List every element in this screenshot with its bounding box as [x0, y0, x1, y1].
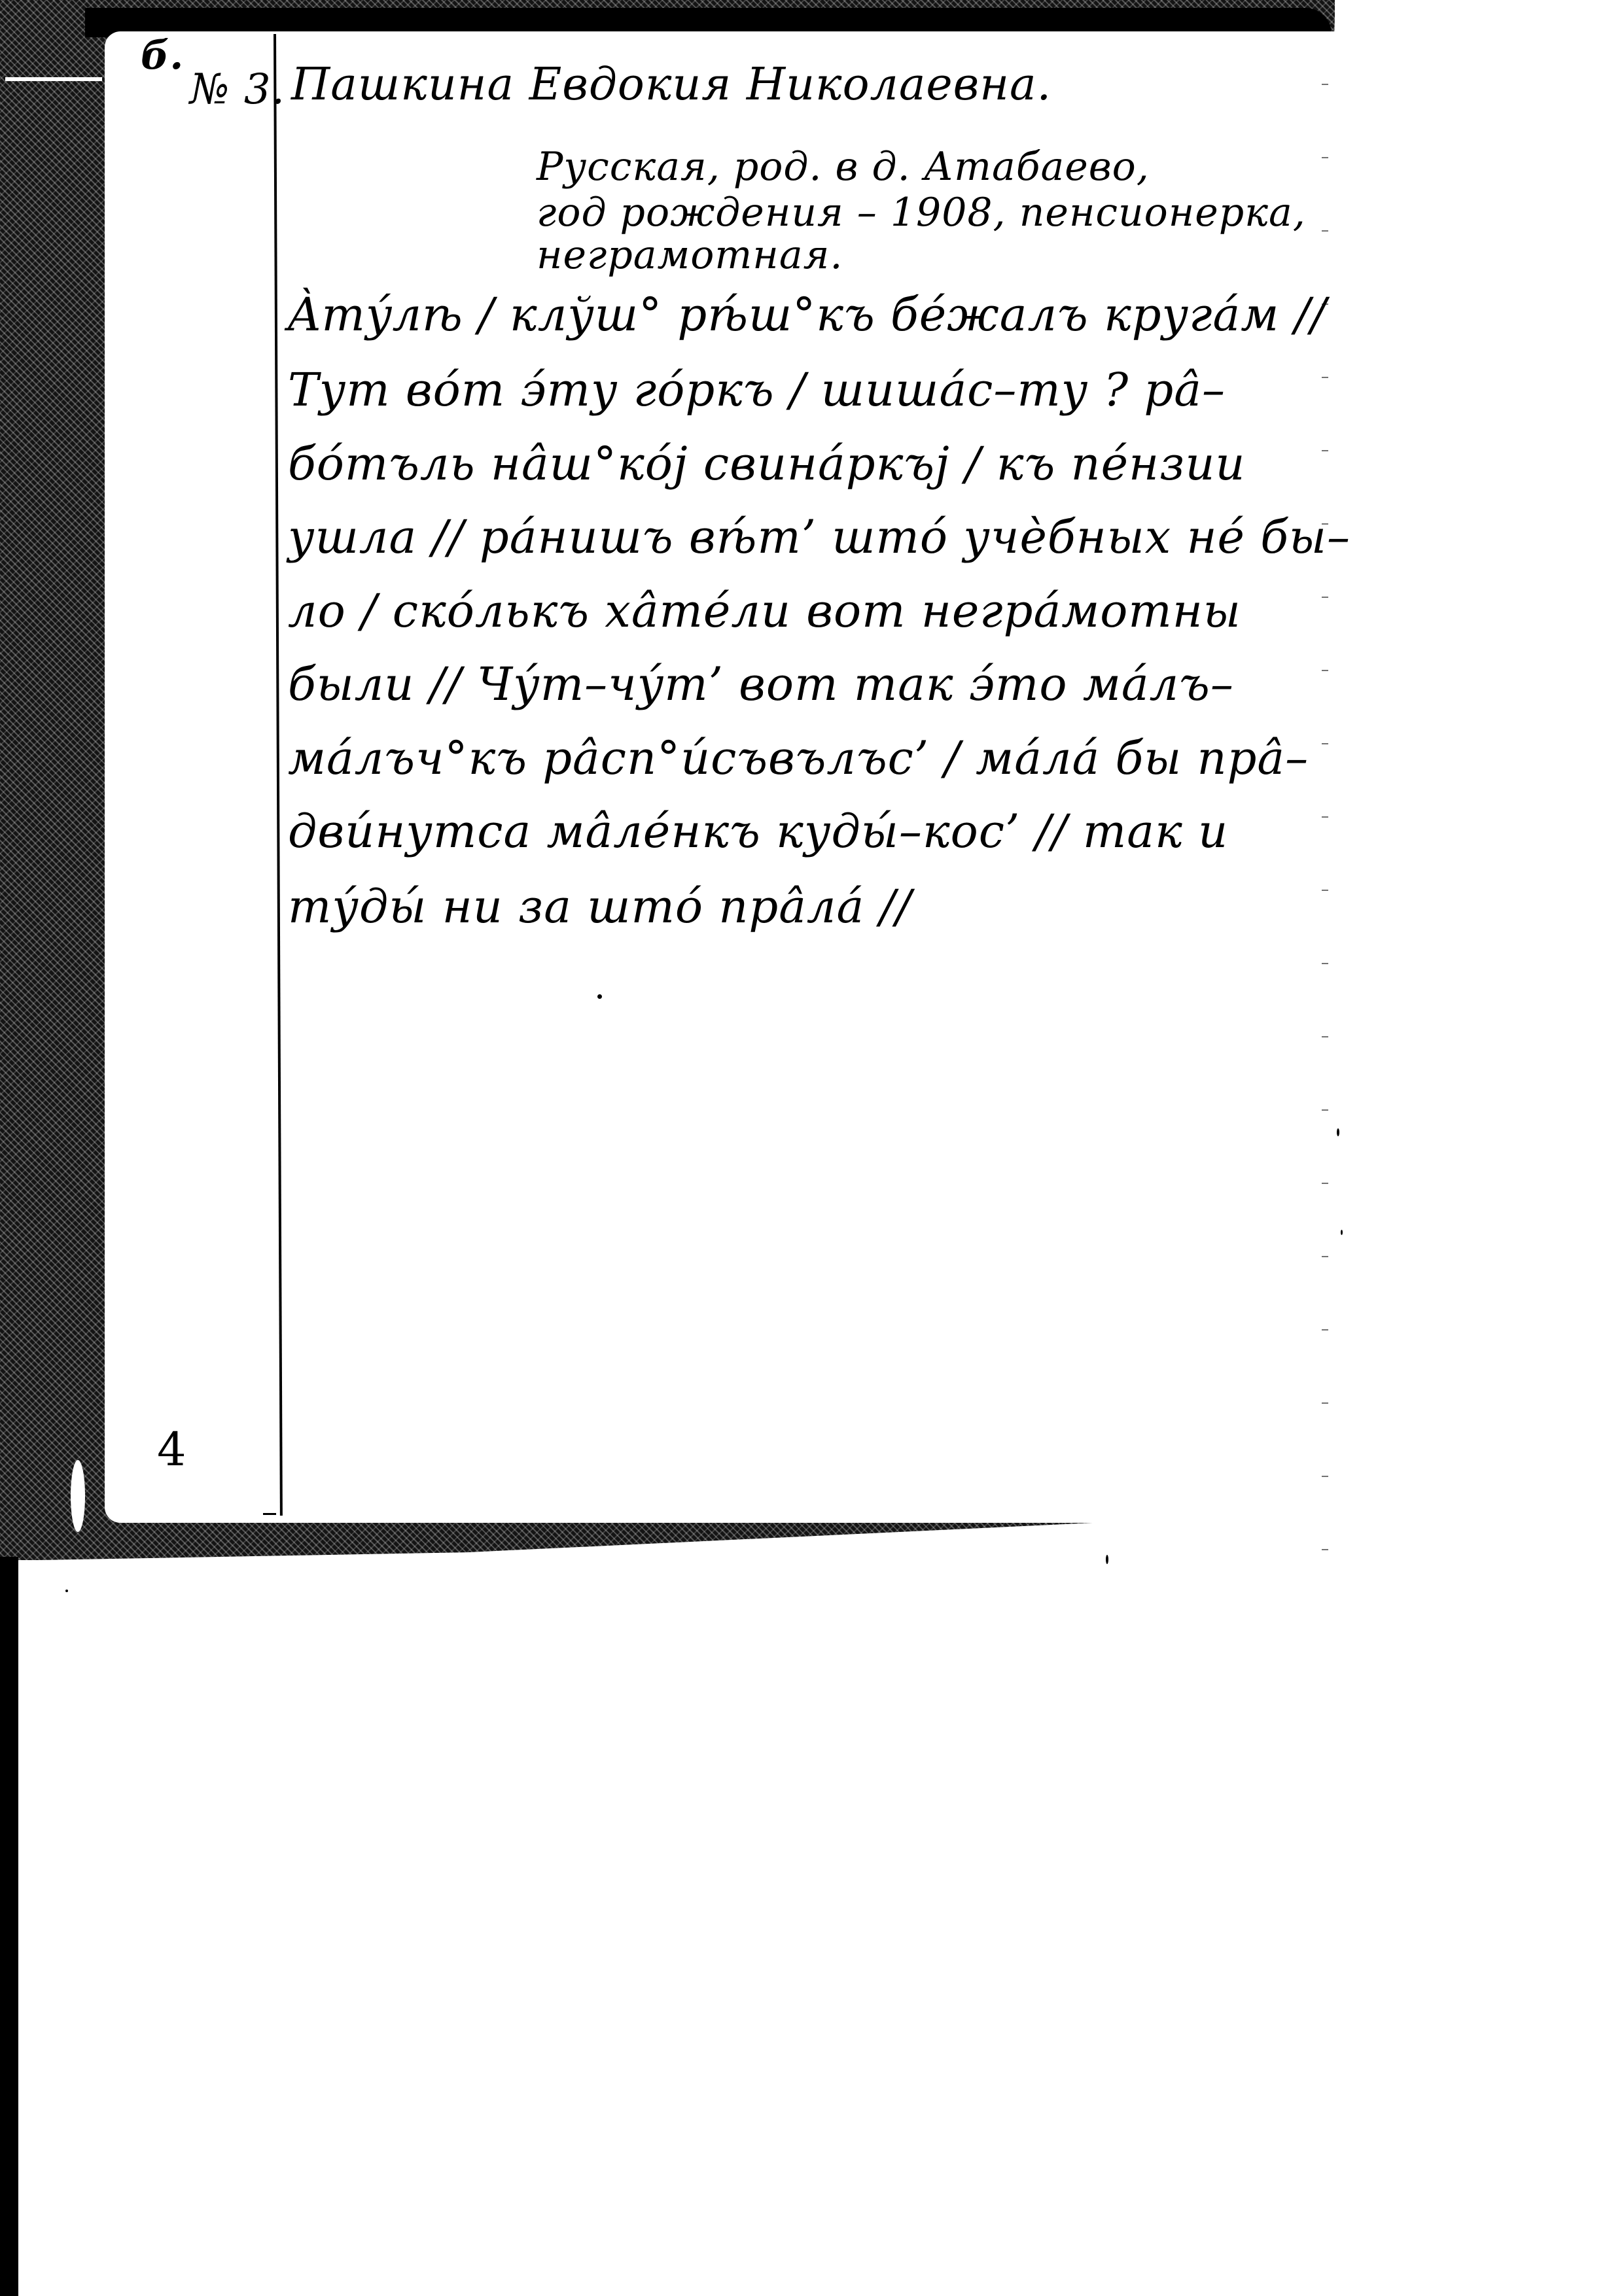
scan-speck: [1106, 1555, 1108, 1564]
transcription-line: Тут во́т э́ту го́ркъ / шиша́с–ту ? ра̂–: [288, 363, 1226, 417]
transcription-line: дви́нутса ма̂ле́нкъ куды́–кос’ // так и: [288, 805, 1228, 858]
sheet-mark: б.: [141, 33, 184, 78]
informant-detail-line: год рождения – 1908, пенсионерка,: [537, 190, 1306, 235]
transcription-line: бо́тъль на̂ш°ко́j свина́ркъj / къ пе́нзи…: [288, 437, 1245, 491]
informant-detail-line: Русская, род. в д. Атабаево,: [537, 144, 1150, 190]
scan-speck: [65, 1590, 68, 1592]
scan-speck: [597, 994, 602, 999]
informant-name: Пашкина Евдокия Николаевна.: [291, 59, 1051, 111]
transcription-line: были // Чу́т–чу́т’ вот так э́то ма́лъ–: [288, 657, 1234, 711]
scan-speck: [1337, 1128, 1339, 1136]
card-edge-ticks: [1322, 46, 1328, 1550]
page-number: 4: [157, 1423, 187, 1476]
record-number: № 3.: [190, 65, 285, 114]
scanner-edge-highlight: [5, 77, 102, 81]
scanner-left-edge: [0, 1557, 18, 2296]
margin-rule: [274, 34, 283, 1516]
transcription-line: ту́ды́ ни за што́ пра̂ла́ //: [288, 880, 912, 933]
informant-detail-line: неграмотная.: [537, 232, 843, 278]
margin-rule-foot: [263, 1513, 276, 1515]
scan-speck: [1341, 1230, 1343, 1235]
transcription-line: ло / ско́лькъ ха̂те́ли вот негра́мотны: [288, 584, 1241, 638]
card-punch-hole: [71, 1460, 85, 1532]
transcription-line: Àтýлѣ / клўш° рѣ́ш°къ бе́жалъ круга́м //: [288, 288, 1327, 341]
transcription-line: ушла // ра́нишъ вѣ́т’ што́ учѐбных не́ б…: [288, 510, 1351, 564]
transcription-line: ма́лъч°къ ра̂сп°и́съвълъс’ / ма́ла́ бы п…: [288, 731, 1309, 785]
